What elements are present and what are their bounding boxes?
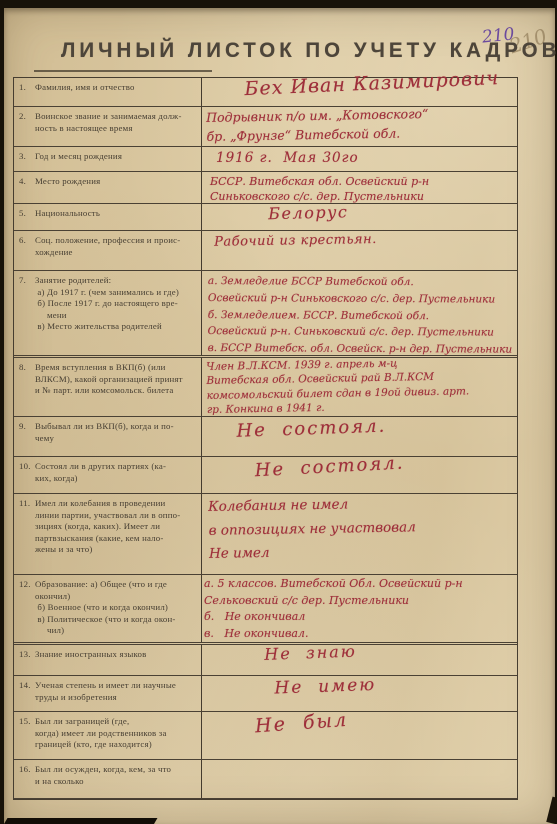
question-label: 16.Был ли осужден, когда, кем, за что и … (14, 760, 202, 798)
row-convictions: 16.Был ли осужден, когда, кем, за что и … (14, 760, 517, 799)
handwritten-answer: а. Земледелие БССР Витебской обл. Освейс… (202, 271, 517, 357)
question-text: Время вступления в ВКП(б) (или ВЛКСМ), к… (35, 362, 183, 414)
question-number: 4. (19, 176, 32, 201)
question-text: Место рождения (35, 176, 100, 201)
question-text: Был ли заграницей (где, когда) имеет ли … (35, 716, 167, 757)
question-number: 10. (19, 461, 32, 491)
handwritten-answer: Колебания не имел в оппозициях не участв… (202, 489, 518, 574)
scanned-document: 210 210 ЛИЧНЫЙ ЛИСТОК ПО УЧЕТУ КАДРОВ 1.… (0, 0, 557, 824)
title-underline (34, 70, 212, 72)
question-label: 2.Воинское звание и занимаемая долж- нос… (14, 107, 202, 146)
question-label: 3.Год и месяц рождения (14, 147, 202, 171)
question-label: 4.Место рождения (14, 172, 202, 203)
question-text: Фамилия, имя и отчество (35, 82, 135, 104)
form-title: ЛИЧНЫЙ ЛИСТОК ПО УЧЕТУ КАДРОВ (61, 39, 557, 64)
question-number: 5. (19, 208, 32, 228)
question-number: 16. (19, 764, 32, 796)
handwritten-answer: Рабочий из крестьян. (202, 226, 518, 270)
handwritten-answer: а. 5 классов. Витебской Обл. Освейский р… (202, 575, 517, 642)
question-number: 7. (19, 275, 32, 353)
question-number: 3. (19, 151, 32, 169)
question-label: 12.Образование: а) Общее (что и где окон… (14, 575, 202, 642)
row-abroad: 15.Был ли заграницей (где, когда) имеет … (14, 712, 517, 760)
question-label: 7.Занятие родителей: а) До 1917 г. (чем … (14, 271, 202, 355)
scan-edge-bottom-right (546, 797, 557, 824)
row-rank-position: 2.Воинское звание и занимаемая долж- нос… (14, 107, 517, 147)
question-text: Был ли осужден, когда, кем, за что и на … (35, 764, 171, 796)
question-label: 15.Был ли заграницей (где, когда) имеет … (14, 712, 202, 759)
personnel-form-table: 1.Фамилия, имя и отчество Бех Иван Казим… (13, 77, 518, 800)
question-label: 5.Национальность (14, 204, 202, 230)
question-label: 6.Соц. положение, профессия и проис- хож… (14, 231, 202, 270)
handwritten-answer: 1916 г. Мая 30го (202, 147, 517, 171)
row-birth-date: 3.Год и месяц рождения 1916 г. Мая 30го (14, 147, 517, 172)
question-text: Имел ли колебания в проведении линии пар… (35, 498, 180, 572)
question-text: Занятие родителей: а) До 1917 г. (чем за… (35, 275, 179, 353)
question-number: 13. (19, 649, 32, 673)
question-text: Состоял ли в других партиях (ка- ких, ко… (35, 461, 166, 491)
question-text: Знание иностранных языков (35, 649, 146, 673)
handwritten-answer: Бех Иван Казимирович (202, 64, 518, 106)
question-number: 8. (19, 362, 32, 414)
row-other-parties: 10.Состоял ли в других партиях (ка- ких,… (14, 457, 517, 494)
question-number: 11. (19, 498, 32, 572)
question-label: 11.Имел ли колебания в проведении линии … (14, 494, 202, 574)
handwritten-answer: Член В.Л.КСМ. 1939 г. апрель м-ц Витебск… (202, 353, 518, 416)
question-number: 12. (19, 579, 32, 640)
question-text: Воинское звание и занимаемая долж- ность… (35, 111, 182, 144)
question-text: Соц. положение, профессия и проис- хожде… (35, 235, 180, 268)
question-number: 6. (19, 235, 32, 268)
question-label: 1.Фамилия, имя и отчество (14, 78, 202, 106)
question-label: 13.Знание иностранных языков (14, 645, 202, 675)
question-number: 2. (19, 111, 32, 144)
question-number: 1. (19, 82, 32, 104)
question-label: 8.Время вступления в ВКП(б) (или ВЛКСМ),… (14, 358, 202, 416)
question-text: Образование: а) Общее (что и где окончил… (35, 579, 176, 640)
question-text: Год и месяц рождения (35, 151, 122, 169)
question-text: Ученая степень и имеет ли научные труды … (35, 680, 176, 709)
question-text: Национальность (35, 208, 100, 228)
question-label: 9.Выбывал ли из ВКП(б), когда и по- чему (14, 417, 202, 456)
question-label: 10.Состоял ли в других партиях (ка- ких,… (14, 457, 202, 493)
row-education: 12.Образование: а) Общее (что и где окон… (14, 575, 517, 645)
handwritten-answer: Подрывник п/о им. „Котовского“ бр. „Фрун… (202, 102, 518, 146)
question-number: 9. (19, 421, 32, 454)
row-social-position: 6.Соц. положение, профессия и проис- хож… (14, 231, 517, 271)
paper-sheet: 210 210 ЛИЧНЫЙ ЛИСТОК ПО УЧЕТУ КАДРОВ 1.… (4, 8, 555, 824)
question-number: 15. (19, 716, 32, 757)
question-text: Выбывал ли из ВКП(б), когда и по- чему (35, 421, 174, 454)
question-label: 14.Ученая степень и имеет ли научные тру… (14, 676, 202, 711)
question-number: 14. (19, 680, 32, 709)
row-party-line-deviations: 11.Имел ли колебания в проведении линии … (14, 494, 517, 575)
handwritten-answer (202, 760, 517, 798)
scan-edge-bottom-left (4, 818, 157, 824)
row-parents-occupation: 7.Занятие родителей: а) До 1917 г. (чем … (14, 271, 517, 358)
